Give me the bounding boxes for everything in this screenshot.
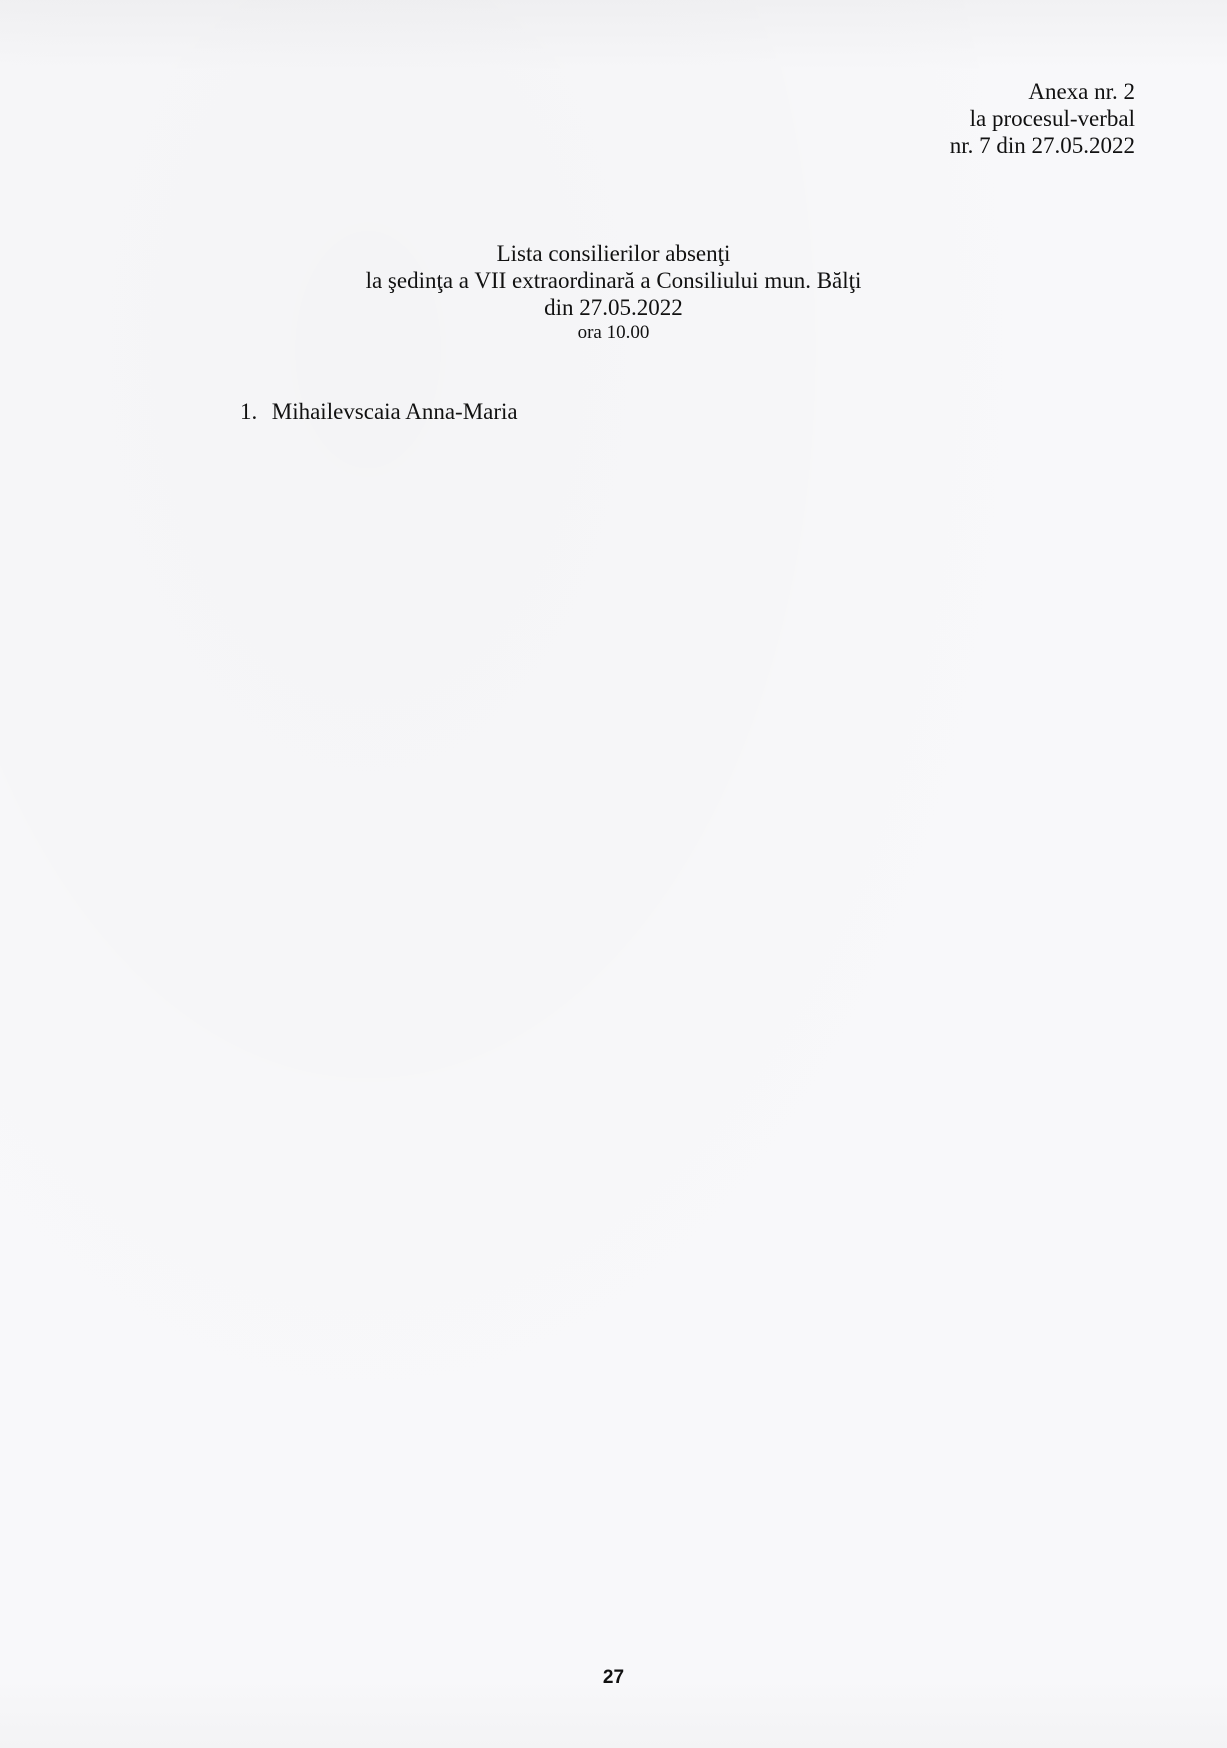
title-date: din 27.05.2022 bbox=[0, 294, 1227, 321]
annex-minutes-ref: nr. 7 din 27.05.2022 bbox=[950, 132, 1135, 159]
list-item-name: Mihailevscaia Anna-Maria bbox=[272, 399, 518, 424]
title-time: ora 10.00 bbox=[0, 321, 1227, 345]
title-line-1: Lista consilierilor absenţi bbox=[0, 240, 1227, 267]
document-title: Lista consilierilor absenţi la şedinţa a… bbox=[0, 240, 1227, 345]
title-line-2: la şedinţa a VII extraordinară a Consili… bbox=[0, 267, 1227, 294]
annex-number: Anexa nr. 2 bbox=[950, 78, 1135, 105]
annex-subtitle: la procesul-verbal bbox=[950, 105, 1135, 132]
list-item: 1. Mihailevscaia Anna-Maria bbox=[240, 398, 518, 426]
list-item-number: 1. bbox=[240, 398, 266, 426]
annex-reference: Anexa nr. 2 la procesul-verbal nr. 7 din… bbox=[950, 78, 1135, 159]
document-page: Anexa nr. 2 la procesul-verbal nr. 7 din… bbox=[0, 0, 1227, 1748]
absent-councillors-list: 1. Mihailevscaia Anna-Maria bbox=[240, 398, 518, 426]
page-number: 27 bbox=[0, 1667, 1227, 1689]
